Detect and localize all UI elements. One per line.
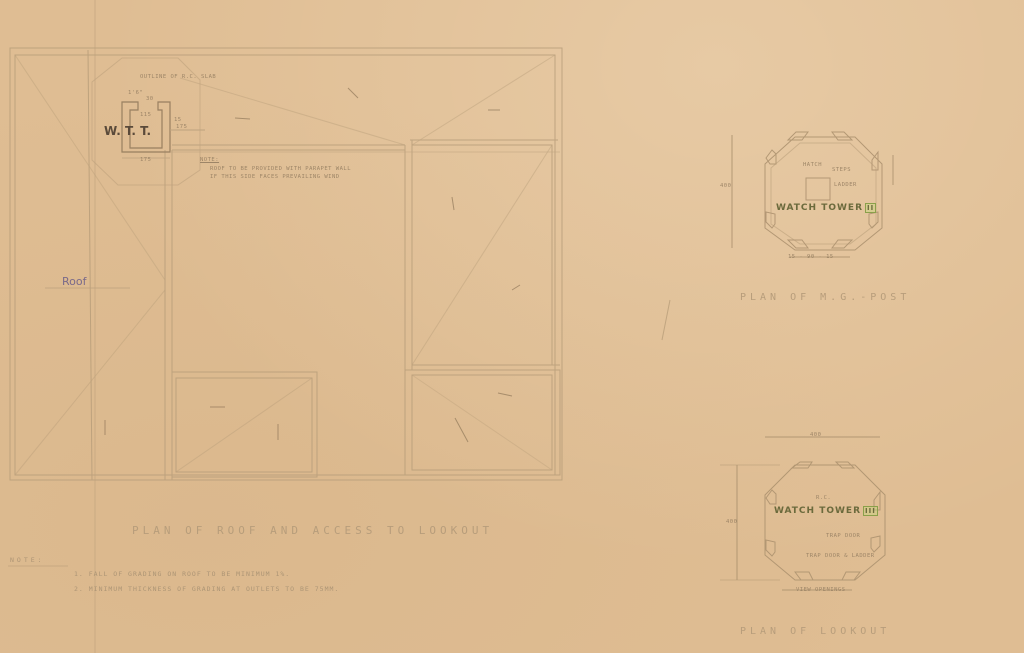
dim-width: 175: [140, 157, 151, 163]
wtt-label: W. T. T.: [104, 124, 151, 138]
slab-outline-label: OUTLINE OF R.C. SLAB: [140, 74, 216, 80]
drawing-sheet: OUTLINE OF R.C. SLAB 1'6" 30 115 15 175 …: [0, 0, 1024, 653]
dim-a: 1'6": [128, 90, 143, 96]
note-item-1: 1. FALL OF GRADING ON ROOF TO BE MINIMUM…: [74, 570, 290, 578]
watch-tower-ii-label: WATCH TOWERII: [776, 203, 876, 213]
watch-tower-iii-text: WATCH TOWER: [774, 506, 861, 516]
watch-tower-ii-numeral: II: [865, 203, 876, 213]
watch-tower-iii-label: WATCH TOWERIII: [774, 506, 878, 516]
watch-tower-ii-text: WATCH TOWER: [776, 203, 863, 213]
roof-label: Roof: [62, 275, 86, 288]
mg-steps-label: STEPS: [832, 167, 851, 173]
mg-dim-bottom: 15 - 90 - 15: [788, 254, 834, 260]
lookout-dim-height: 400: [726, 519, 737, 525]
lookout-trap-door-label: TRAP DOOR: [826, 533, 860, 539]
plan-note-line-2: IF THIS SIDE FACES PREVAILING WIND: [210, 174, 340, 180]
notes-heading: NOTE:: [10, 556, 45, 564]
watch-tower-iii-numeral: III: [863, 506, 878, 516]
mg-post-title: PLAN OF M.G.-POST: [740, 292, 910, 303]
lookout-dim-top: 400: [810, 432, 821, 438]
mg-hatch-label: HATCH: [803, 162, 822, 168]
plan-note-line-1: ROOF TO BE PROVIDED WITH PARAPET WALL: [210, 166, 351, 172]
note-item-2: 2. MINIMUM THICKNESS OF GRADING AT OUTLE…: [74, 585, 339, 593]
dim-c: 115: [140, 112, 151, 118]
dim-side: 175: [176, 124, 187, 130]
lookout-dim-bottom: VIEW OPENINGS: [796, 587, 846, 593]
dim-d: 15: [174, 117, 182, 123]
lookout-title: PLAN OF LOOKOUT: [740, 626, 890, 637]
plan-note-heading: NOTE:: [200, 157, 219, 163]
dim-b: 30: [146, 96, 154, 102]
mg-ladder-label: LADDER: [834, 182, 857, 188]
lookout-rc-label: R.C.: [816, 495, 831, 501]
mg-dim-height: 400: [720, 183, 731, 189]
mg-post-plan: [732, 132, 893, 257]
lookout-trap-ladder-label: TRAP DOOR & LADDER: [806, 553, 875, 559]
roof-plan-title: PLAN OF ROOF AND ACCESS TO LOOKOUT: [132, 524, 493, 537]
